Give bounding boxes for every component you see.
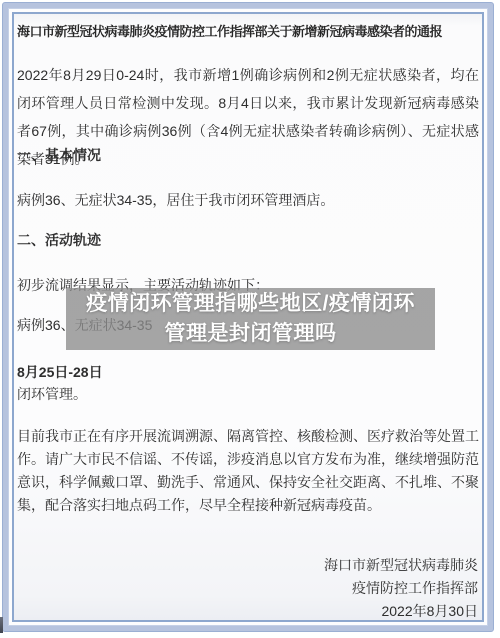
closing-paragraph: 目前我市正在有序开展流调溯源、隔离管控、核酸检测、医疗救治等处置工作。请广大市民… — [17, 425, 479, 517]
notice-screenshot: { "colors": { "frame_band": "#b6c3de", "… — [0, 0, 500, 638]
watermark-line-2: 管理是封闭管理吗 — [165, 319, 337, 349]
document-content: 海口市新型冠状病毒肺炎疫情防控工作指挥部关于新增新冠病毒感染者的通报 2022年… — [14, 14, 482, 620]
frame-white-gap: 海口市新型冠状病毒肺炎疫情防控工作指挥部关于新增新冠病毒感染者的通报 2022年… — [8, 8, 488, 626]
section2-heading: 二、活动轨迹 — [17, 231, 479, 249]
document-frame: 海口市新型冠状病毒肺炎疫情防控工作指挥部关于新增新冠病毒感染者的通报 2022年… — [2, 2, 494, 632]
signature-org-line1: 海口市新型冠状病毒肺炎 — [114, 554, 478, 577]
section1-body: 病例36、无症状34-35，居住于我市闭环管理酒店。 — [17, 191, 479, 209]
watermark-line-1: 疫情闭环管理指哪些地区/疫情闭环 — [86, 289, 415, 319]
bottom-left-edge-artifact — [0, 617, 3, 633]
signature-block: 海口市新型冠状病毒肺炎 疫情防控工作指挥部 2022年8月30日 — [114, 554, 478, 622]
document-page: 海口市新型冠状病毒肺炎疫情防控工作指挥部关于新增新冠病毒感染者的通报 2022年… — [12, 12, 484, 622]
signature-org-line2: 疫情防控工作指挥部 — [114, 577, 478, 600]
notice-title: 海口市新型冠状病毒肺炎疫情防控工作指挥部关于新增新冠病毒感染者的通报 — [17, 23, 479, 41]
signature-date: 2022年8月30日 — [114, 600, 478, 622]
section2-date-range: 8月25日-28日 — [17, 363, 479, 381]
watermark-caption-overlay: 疫情闭环管理指哪些地区/疫情闭环 管理是封闭管理吗 — [66, 288, 435, 350]
section2-track: 闭环管理。 — [17, 385, 479, 403]
section1-heading: 一、基本情况 — [17, 146, 479, 164]
